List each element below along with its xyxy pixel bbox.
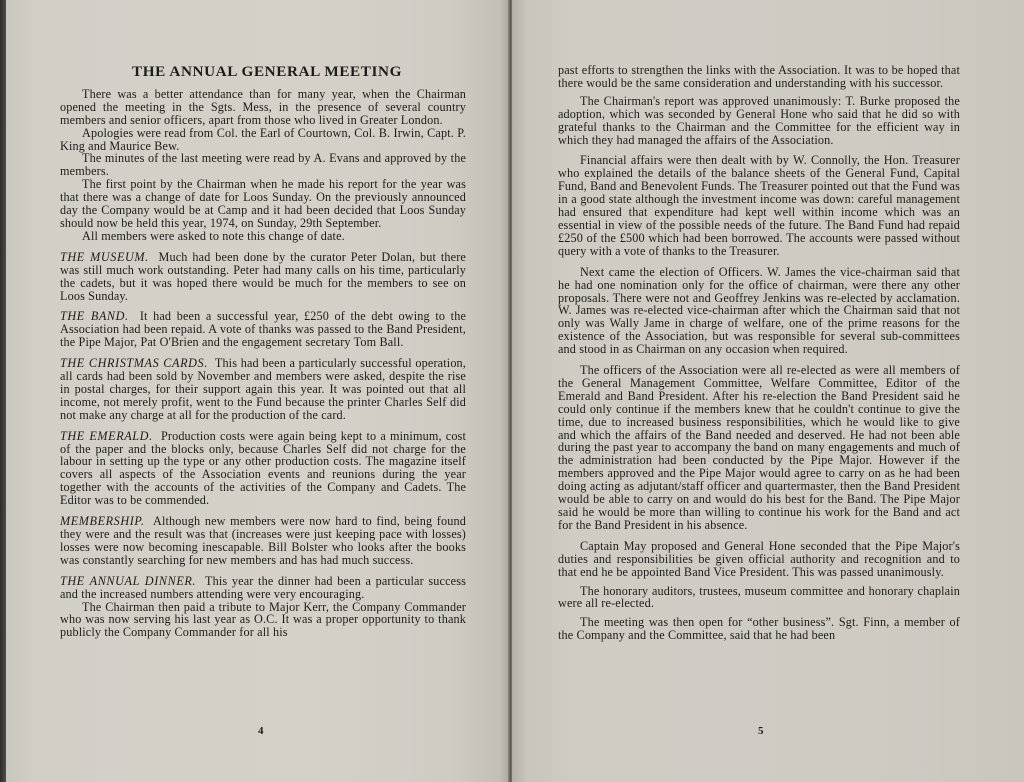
left-page: THE ANNUAL GENERAL MEETING There was a b…	[6, 0, 510, 782]
section-heading-annual-dinner: THE ANNUAL DINNER.	[60, 574, 196, 588]
paragraph-note-date: All members were asked to note this chan…	[60, 230, 466, 243]
right-text-column: past efforts to strengthen the links wit…	[558, 64, 960, 642]
section-christmas-cards: THE CHRISTMAS CARDS. This had been a par…	[60, 357, 466, 422]
right-page: past efforts to strengthen the links wit…	[512, 0, 1024, 782]
paragraph-auditors: The honorary auditors, trustees, museum …	[558, 585, 960, 611]
left-text-column: THE ANNUAL GENERAL MEETING There was a b…	[60, 66, 466, 639]
paragraph-election: Next came the election of Officers. W. J…	[558, 266, 960, 356]
section-heading-membership: MEMBERSHIP.	[60, 514, 145, 528]
section-emerald: THE EMERALD. Production costs were again…	[60, 430, 466, 507]
paragraph-continuation: past efforts to strengthen the links wit…	[558, 64, 960, 90]
page-number: 4	[258, 725, 264, 737]
paragraph-tribute: The Chairman then paid a tribute to Majo…	[60, 601, 466, 640]
section-annual-dinner: THE ANNUAL DINNER. This year the dinner …	[60, 575, 466, 601]
paragraph-attendance: There was a better attendance than for m…	[60, 88, 466, 127]
section-heading-emerald: THE EMERALD.	[60, 429, 153, 443]
paragraph-officers: The officers of the Association were all…	[558, 364, 960, 532]
paragraph-minutes: The minutes of the last meeting were rea…	[60, 152, 466, 178]
section-heading-band: THE BAND.	[60, 309, 129, 323]
section-band: THE BAND. It had been a successful year,…	[60, 310, 466, 349]
section-membership: MEMBERSHIP. Although new members were no…	[60, 515, 466, 567]
page-number: 5	[758, 725, 764, 737]
section-heading-museum: THE MUSEUM.	[60, 250, 149, 264]
paragraph-apologies: Apologies were read from Col. the Earl o…	[60, 127, 466, 153]
paragraph-loos-sunday: The first point by the Chairman when he …	[60, 178, 466, 230]
section-museum: THE MUSEUM. Much had been done by the cu…	[60, 251, 466, 303]
paragraph-report-approved: The Chairman's report was approved unani…	[558, 95, 960, 147]
paragraph-pipe-major: Captain May proposed and General Hone se…	[558, 540, 960, 579]
paragraph-other-business: The meeting was then open for “other bus…	[558, 616, 960, 642]
article-title: THE ANNUAL GENERAL MEETING	[60, 66, 466, 79]
booklet-spread: THE ANNUAL GENERAL MEETING There was a b…	[0, 0, 1024, 782]
paragraph-financial: Financial affairs were then dealt with b…	[558, 154, 960, 257]
section-heading-christmas-cards: THE CHRISTMAS CARDS.	[60, 356, 208, 370]
